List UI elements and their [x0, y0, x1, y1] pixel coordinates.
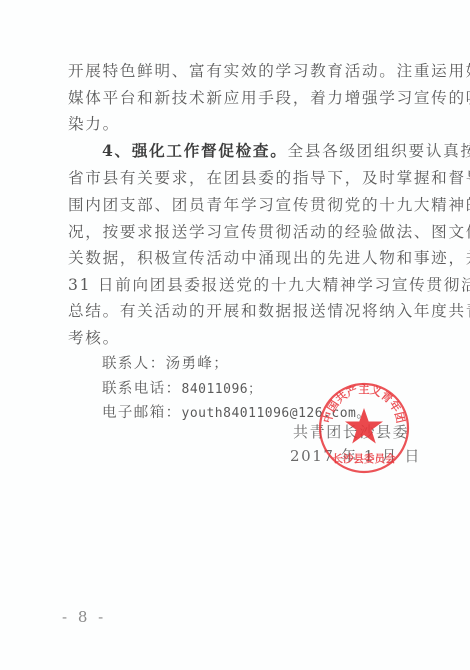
official-seal-icon: 中国共产主义青年团 长沙县委员会	[318, 382, 410, 474]
seal-bottom-text: 长沙县委员会	[333, 452, 396, 465]
body-text-line: 况，按要求报送学习宣传贯彻活动的经验做法、图文信息和有	[68, 222, 416, 242]
body-text-line: 考核。	[68, 328, 416, 348]
document-page: 开展特色鲜明、富有实效的学习教育活动。注重运用好各类新 媒体平台和新技术新应用手…	[0, 0, 470, 670]
contact-phone-value: 84011096；	[182, 382, 262, 397]
body-text-line: 总结。有关活动的开展和数据报送情况将纳入年度共青团工作	[68, 301, 416, 321]
body-text-line: 31 日前向团县委报送党的十九大精神学习宣传贯彻活动工作的	[68, 275, 416, 295]
contact-person-label: 联系人：	[102, 356, 166, 372]
section-4-first-line: 4、强化工作督促检查。全县各级团组织要认真按照中央、	[102, 141, 422, 161]
body-text-line: 媒体平台和新技术新应用手段，着力增强学习宣传的吸引力感	[68, 88, 416, 108]
contact-person-value: 汤勇峰；	[166, 356, 230, 372]
contact-email-label: 电子邮箱：	[102, 405, 182, 421]
section-4-heading: 4、强化工作督促检查。	[102, 141, 288, 160]
contact-person: 联系人：汤勇峰；	[102, 354, 450, 374]
body-text-line: 开展特色鲜明、富有实效的学习教育活动。注重运用好各类新	[68, 61, 416, 81]
section-4-text: 全县各级团组织要认真按照中央、	[288, 142, 470, 160]
page-number: - 8 -	[62, 608, 106, 626]
body-text-line: 关数据，积极宣传活动中涌现出的先进人物和事迹，并于 1 月	[68, 248, 416, 268]
body-text-line: 染力。	[68, 114, 416, 134]
body-text-line: 省市县有关要求，在团县委的指导下，及时掌握和督导所属范	[68, 168, 416, 188]
contact-phone-label: 联系电话：	[102, 381, 182, 397]
body-text-line: 围内团支部、团员青年学习宣传贯彻党的十九大精神的进展情	[68, 195, 416, 215]
